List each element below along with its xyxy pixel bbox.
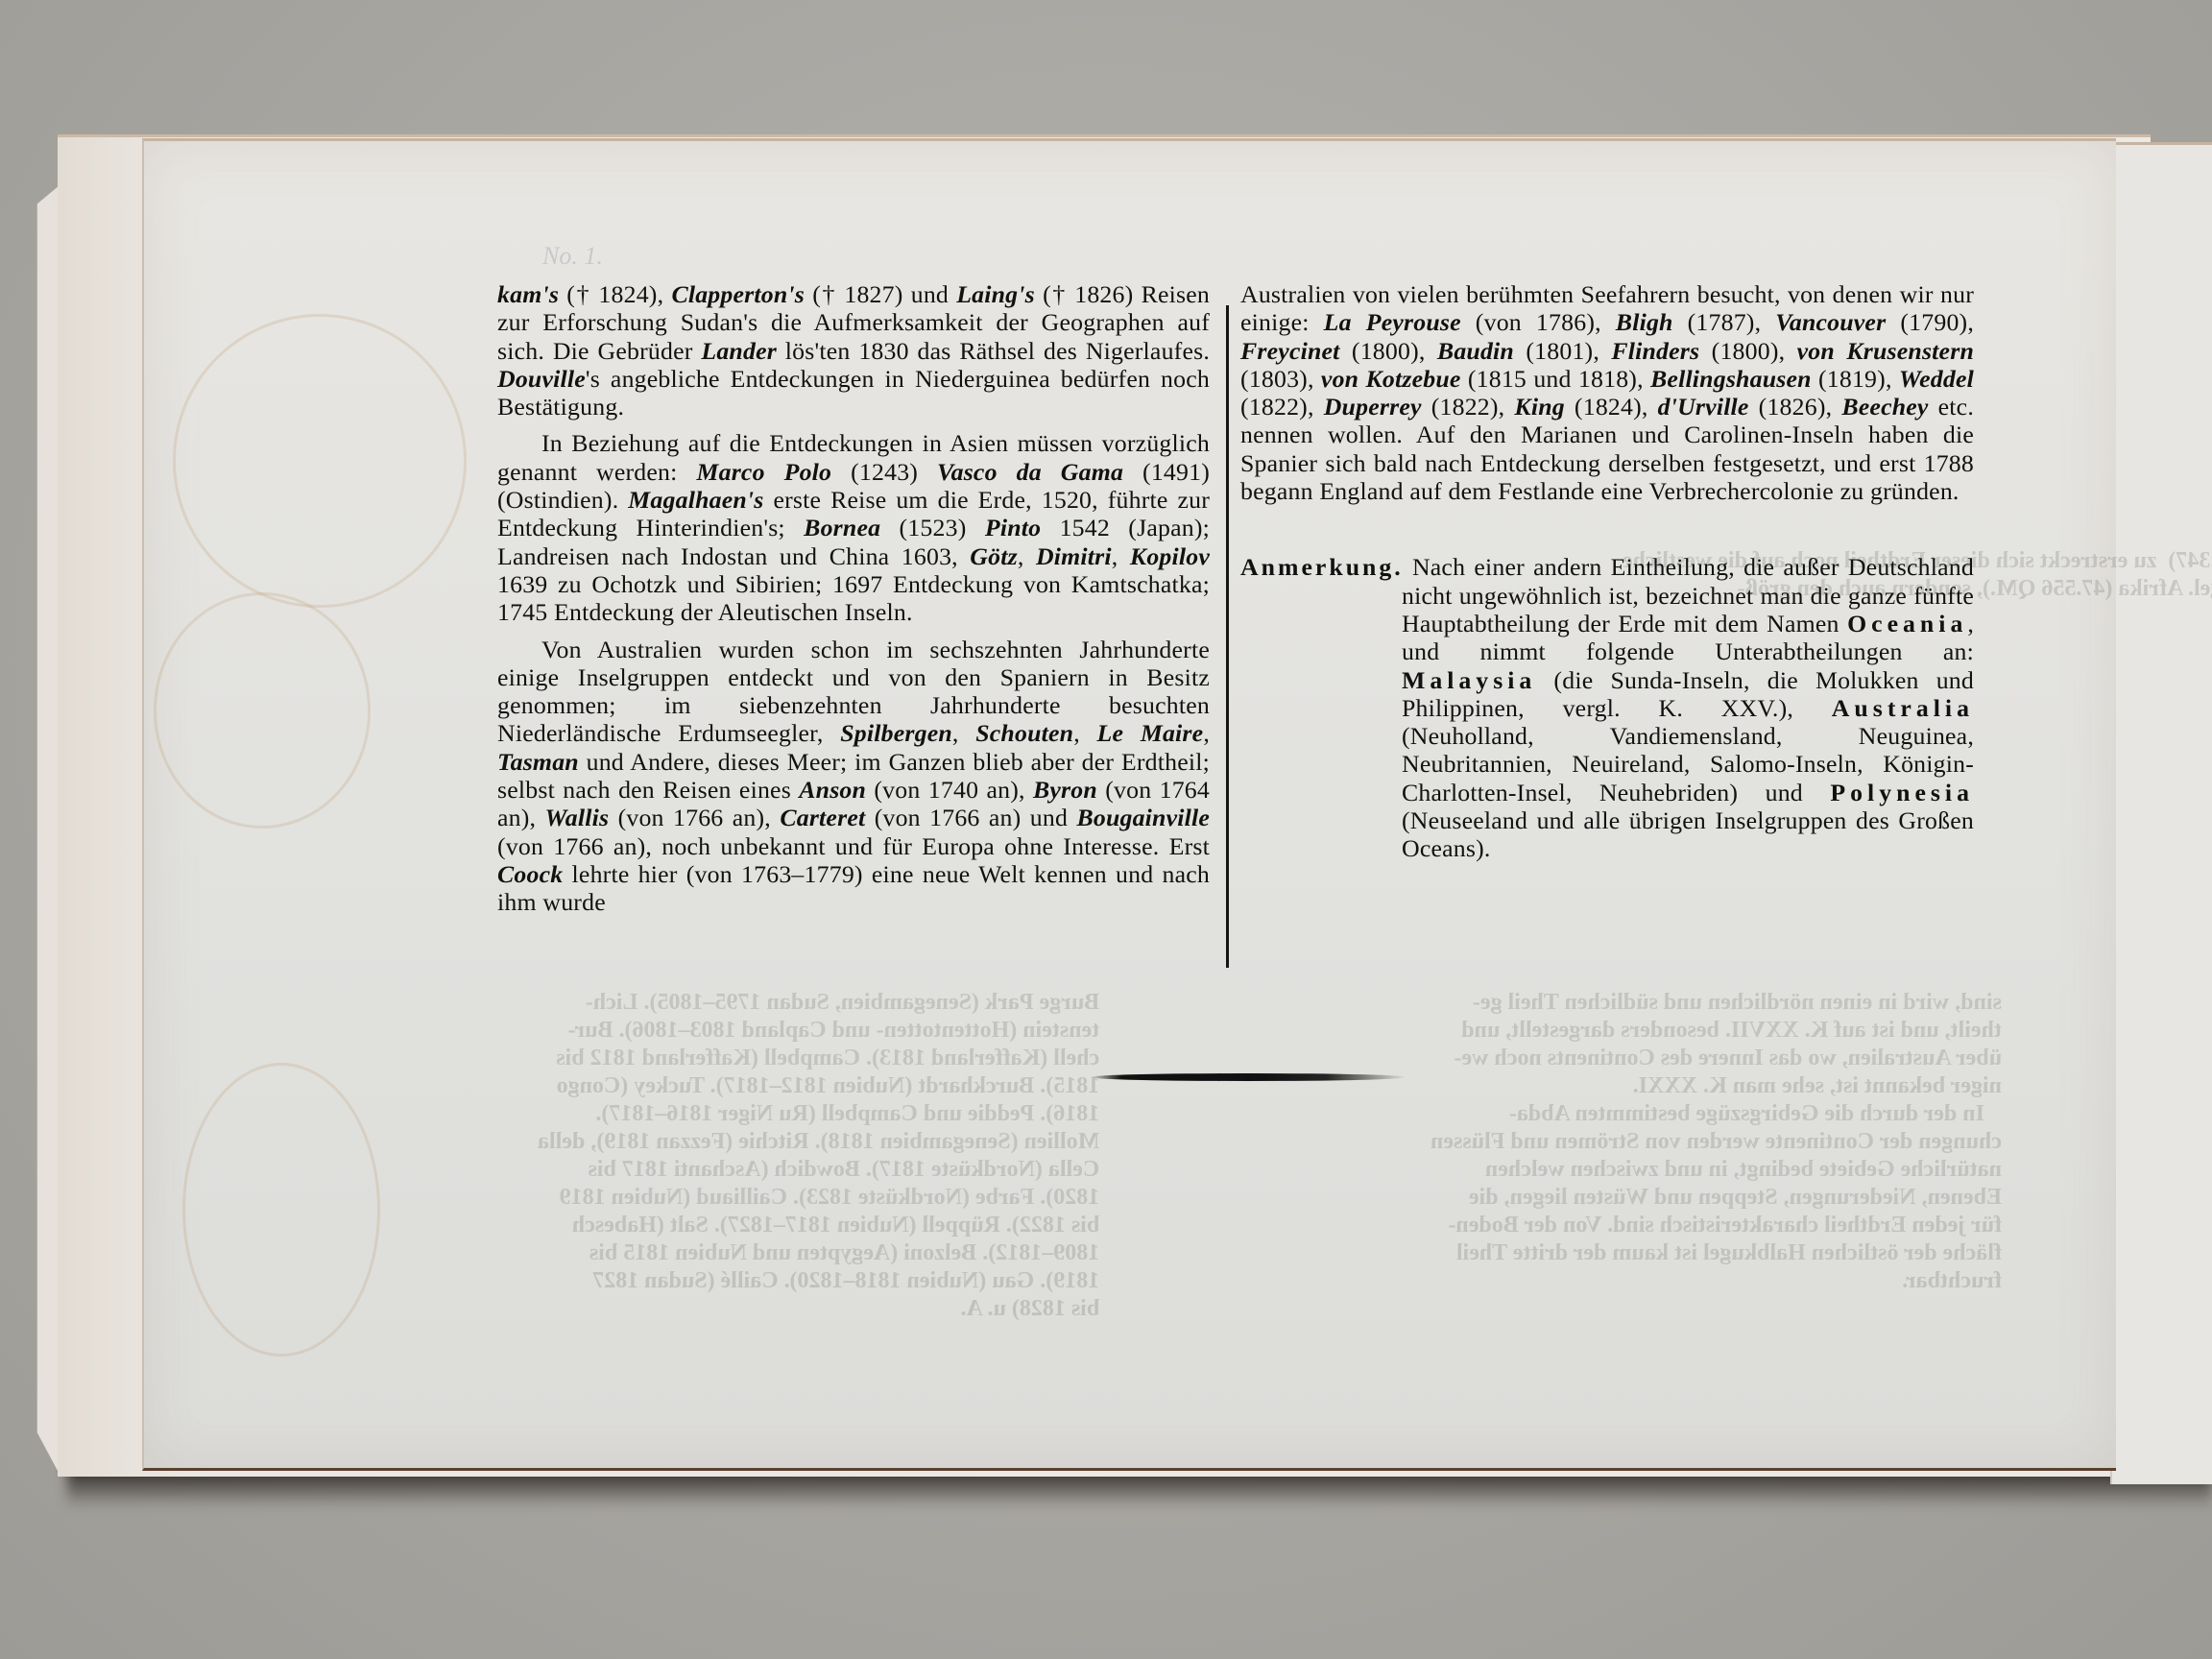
text-run: (1787), [1673, 308, 1776, 336]
water-stain [154, 592, 371, 829]
italic-name: Duperrey [1324, 393, 1422, 421]
italic-name: Weddel [1899, 365, 1974, 393]
text-run: († 1824), [559, 280, 671, 308]
note-label: Anmerkung. [1240, 553, 1404, 581]
italic-name: Bougainville [1076, 804, 1210, 831]
text-run: , [1112, 542, 1130, 570]
paragraph: Von Australien wurden schon im sechszehn… [497, 636, 1210, 917]
text-run: (1822), [1240, 393, 1324, 421]
text-run: (1800), [1699, 337, 1796, 365]
text-run: lös'ten 1830 das Räthsel des Nigerlaufes… [777, 337, 1210, 365]
paragraph: Australien von vielen berühmten Seefahre… [1240, 280, 1974, 505]
text-run: (von 1766 an), noch unbekannt und für Eu… [497, 832, 1210, 860]
text-run: lehrte hier (von 1763–1779) eine neue We… [497, 860, 1210, 916]
spaced-term: Australia [1832, 694, 1974, 722]
text-run: (von 1740 an), [866, 776, 1033, 804]
text-run: (1815 und 1818), [1461, 365, 1650, 393]
text-run: 's angebliche Entdeckungen in Niederguin… [497, 365, 1210, 421]
italic-name: Götz [970, 542, 1018, 570]
italic-name: Carteret [780, 804, 865, 831]
spaced-term: Polynesia [1830, 779, 1974, 806]
italic-name: Lander [701, 337, 777, 365]
text-run: (1523) [880, 514, 985, 541]
show-through-text: sind, wird in einen nördlichen und südli… [1431, 989, 2002, 1295]
italic-name: Vasco da Gama [937, 458, 1123, 486]
right-page-edge [2110, 142, 2212, 1484]
spaced-term: Malaysia [1402, 666, 1536, 694]
italic-name: Bligh [1616, 308, 1673, 336]
italic-name: Pinto [985, 514, 1041, 541]
text-run: (1822), [1422, 393, 1515, 421]
text-run: († 1827) und [805, 280, 956, 308]
italic-name: Bornea [804, 514, 880, 541]
italic-name: Flinders [1611, 337, 1699, 365]
italic-name: Kopilov [1130, 542, 1210, 570]
show-through-text: Burge Park (Senegambien, Sudan 1795–1805… [538, 989, 1099, 1323]
italic-name: von Krusenstern [1797, 337, 1974, 365]
left-column: kam's († 1824), Clapperton's († 1827) un… [497, 280, 1210, 917]
text-run: (1803), [1240, 365, 1321, 393]
text-run: (1801), [1514, 337, 1611, 365]
italic-name: Magalhaen's [628, 486, 763, 514]
italic-name: Laing's [956, 280, 1035, 308]
right-column: Australien von vielen berühmten Seefahre… [1240, 280, 1974, 863]
italic-name: La Peyrouse [1324, 308, 1461, 336]
water-stain [182, 1063, 380, 1357]
italic-name: Freycinet [1240, 337, 1340, 365]
text-run: (1243) [831, 458, 937, 486]
italic-name: Baudin [1437, 337, 1514, 365]
italic-name: Bellingshausen [1650, 365, 1812, 393]
italic-name: Spilbergen [840, 719, 952, 747]
text-run: (Neuseeland und alle übrigen Inselgruppe… [1402, 806, 1974, 862]
italic-name: d'Urville [1658, 393, 1749, 421]
paragraph: kam's († 1824), Clapperton's († 1827) un… [497, 280, 1210, 421]
italic-name: von Kotzebue [1321, 365, 1461, 393]
text-run: , [1018, 542, 1036, 570]
spaced-term: Oceania [1847, 610, 1967, 637]
italic-name: Beechey [1841, 393, 1928, 421]
italic-name: Le Maire [1097, 719, 1204, 747]
paragraph: In Beziehung auf die Entdeckungen in Asi… [497, 429, 1210, 626]
italic-name: Vancouver [1775, 308, 1886, 336]
water-stain [173, 314, 467, 608]
italic-name: Marco Polo [696, 458, 831, 486]
italic-name: Anson [799, 776, 866, 804]
section-end-rule [1090, 1073, 1407, 1081]
text-run: (von 1766 an), [609, 804, 780, 831]
text-run: (1824), [1565, 393, 1658, 421]
text-run: , [1073, 719, 1096, 747]
italic-name: King [1514, 393, 1564, 421]
column-rule [1226, 305, 1229, 968]
text-run: (von 1786), [1461, 308, 1616, 336]
folio-mark: No. 1. [542, 242, 603, 271]
text-run: (1800), [1340, 337, 1437, 365]
italic-name: Byron [1033, 776, 1097, 804]
italic-name: Coock [497, 860, 563, 888]
italic-name: Dimitri [1036, 542, 1112, 570]
italic-name: Clapperton's [671, 280, 805, 308]
italic-name: Tasman [497, 748, 579, 776]
text-run: (1819), [1812, 365, 1899, 393]
italic-name: Douville [497, 365, 586, 393]
italic-name: Wallis [545, 804, 610, 831]
text-run: 1639 zu Ochotzk und Sibirien; 1697 Entde… [497, 570, 1210, 626]
text-run: , [952, 719, 975, 747]
text-run: , [1203, 719, 1210, 747]
italic-name: kam's [497, 280, 559, 308]
italic-name: Schouten [975, 719, 1073, 747]
annotation-note: Anmerkung. Nach einer andern Eintheilung… [1240, 553, 1974, 862]
text-run: (von 1766 an) und [865, 804, 1076, 831]
text-run: (1826), [1749, 393, 1842, 421]
text-run: (1790), [1886, 308, 1974, 336]
